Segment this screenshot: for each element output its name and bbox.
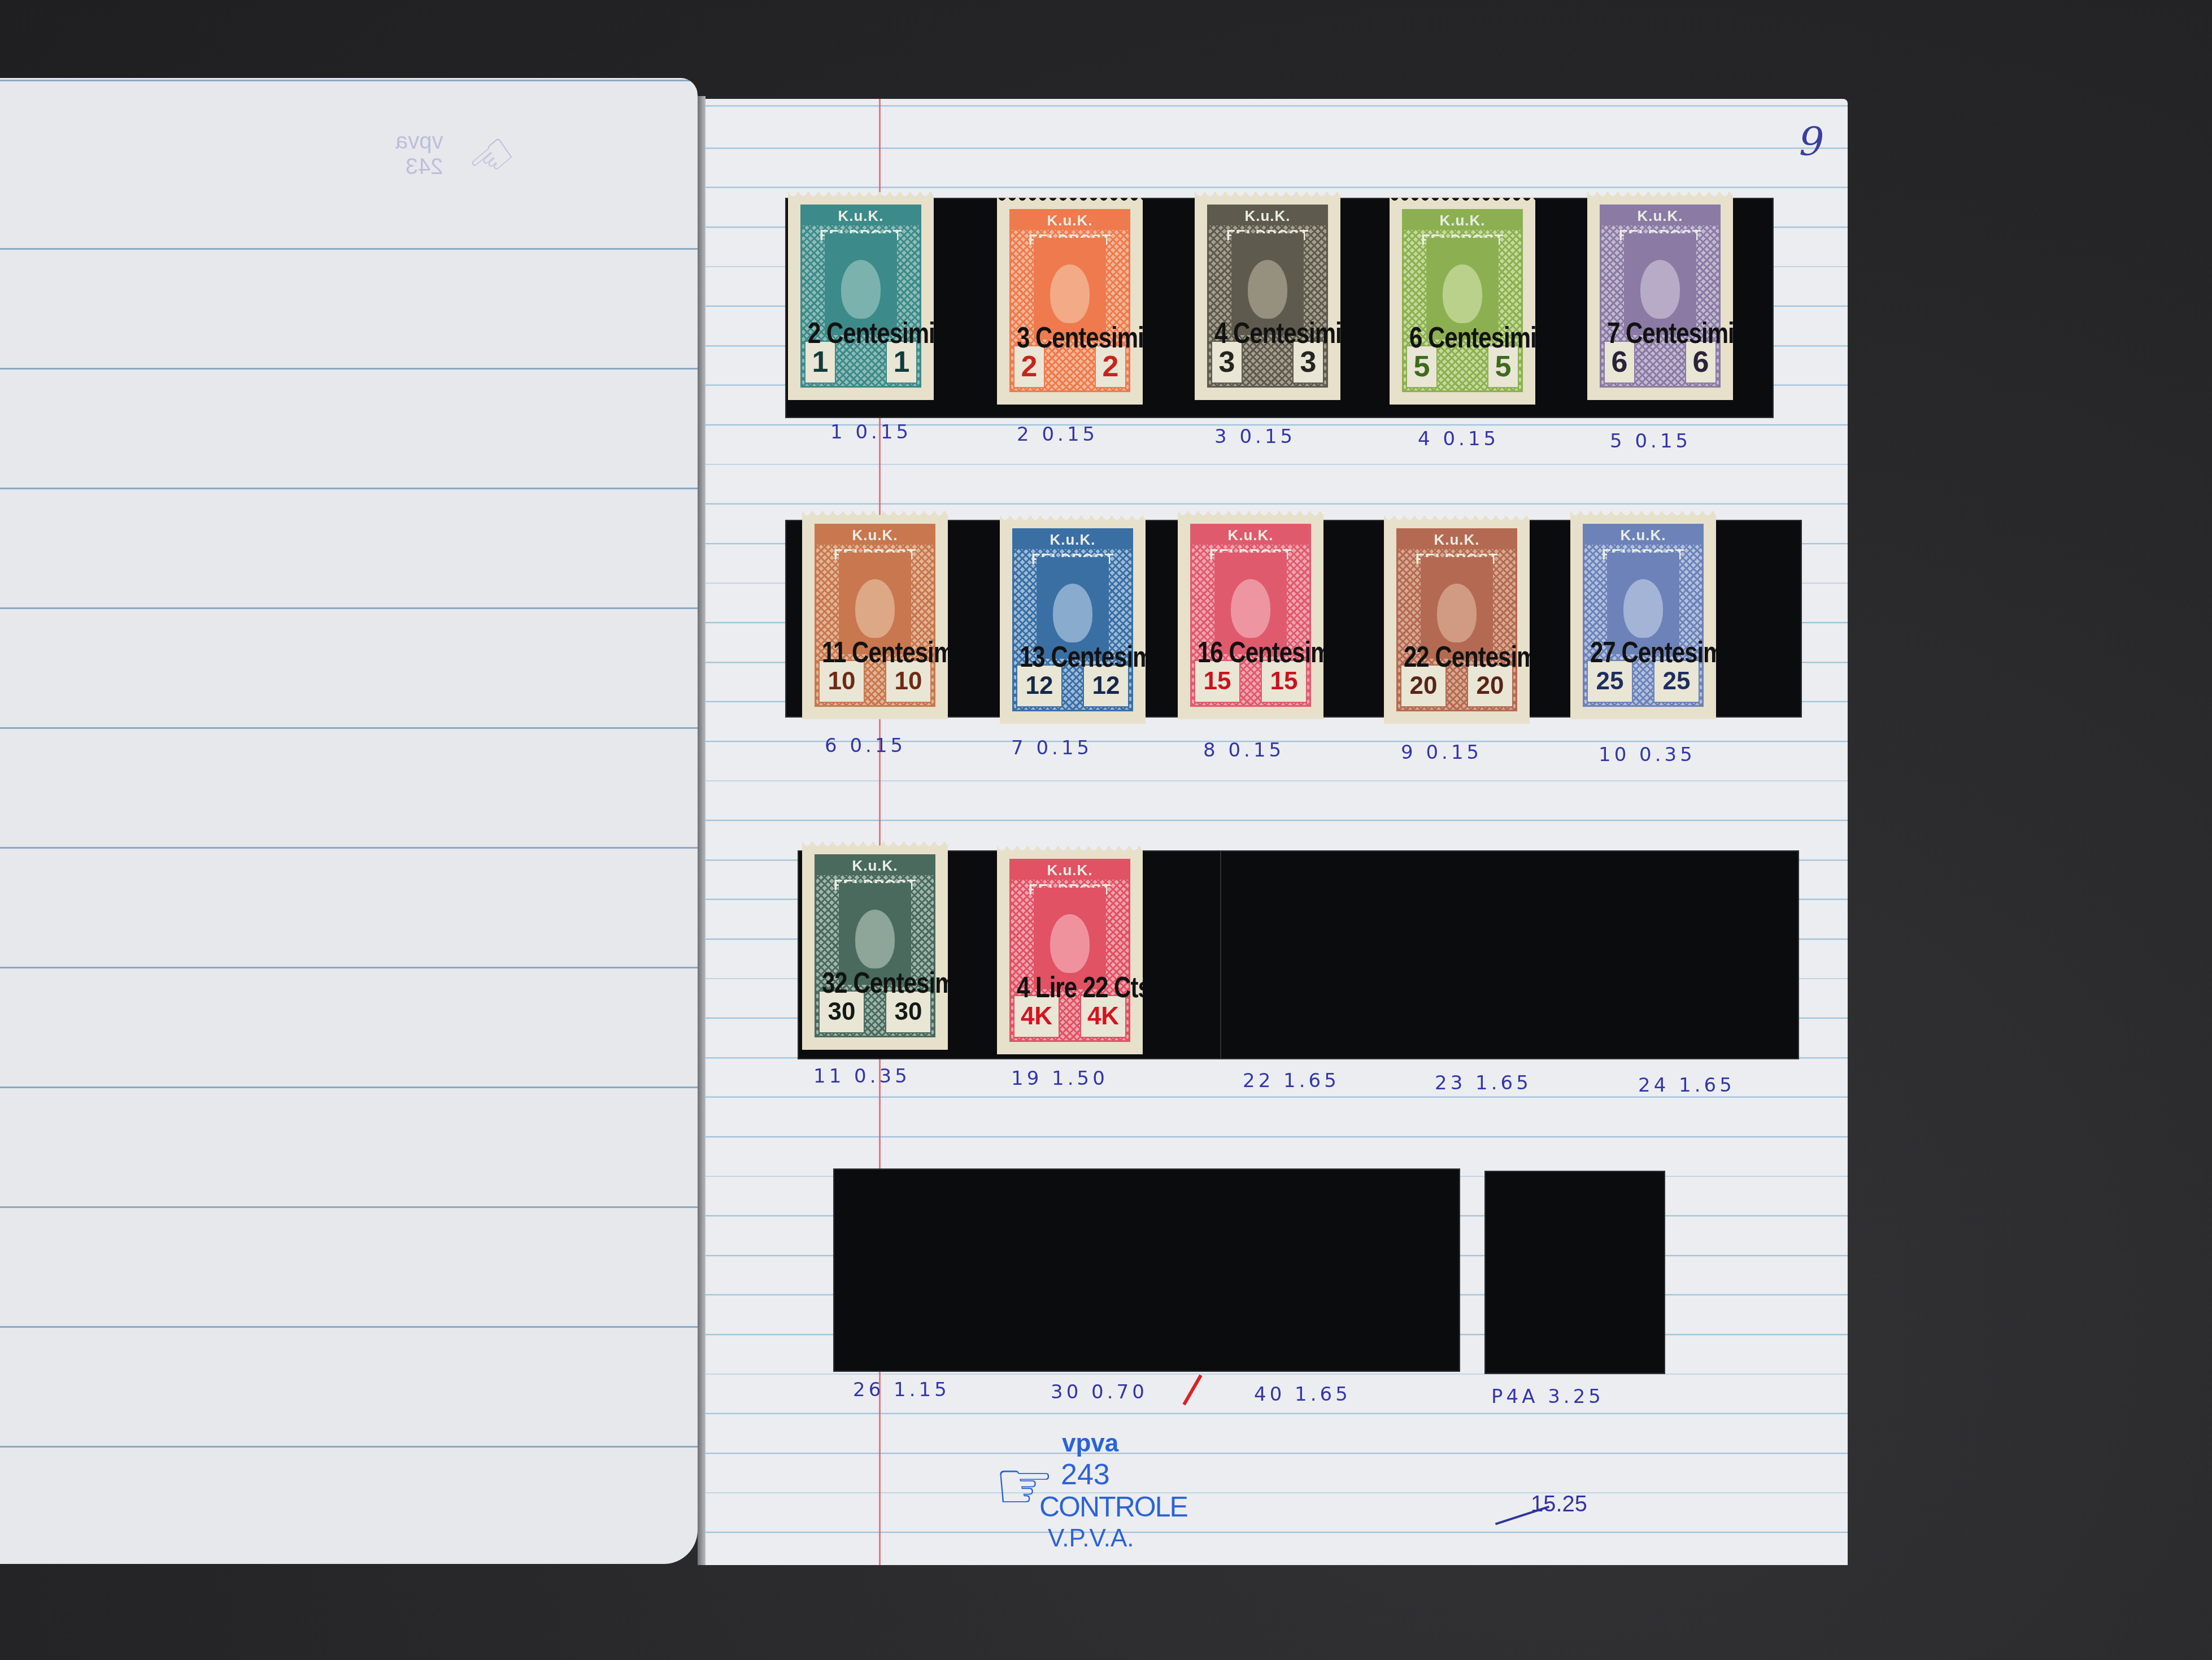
price-note: 30 0.70: [1051, 1381, 1148, 1403]
stamp-title: K.u.K. FELDPOST: [802, 206, 920, 225]
stamp-title: K.u.K. FELDPOST: [1404, 211, 1521, 230]
price-note: 11 0.35: [813, 1065, 911, 1088]
left-page: vpva243 ☜: [0, 78, 698, 1564]
stamp-overprint: 4 Centesimi: [1214, 316, 1326, 350]
stamp-overprint: 16 Centesimi: [1198, 635, 1309, 669]
price-note: 26 1.15: [853, 1379, 950, 1401]
price-note: 9 0.15: [1401, 741, 1482, 764]
stamp: K.u.K. FELDPOST252527 Centesimi: [1570, 511, 1716, 719]
price-note: 10 0.35: [1599, 744, 1696, 766]
stamp-title: K.u.K. FELDPOST: [1192, 525, 1309, 545]
price-note: 23 1.65: [1435, 1072, 1532, 1094]
cachet-line4: V.P.V.A.: [1048, 1524, 1134, 1553]
stamp-title: K.u.K. FELDPOST: [1011, 211, 1129, 230]
stamp: K.u.K. FELDPOST101011 Centesimi: [802, 511, 948, 719]
stamp: K.u.K. FELDPOST556 Centesimi: [1390, 197, 1535, 405]
price-note: 8 0.15: [1203, 739, 1284, 762]
stamp-title: K.u.K. FELDPOST: [1014, 530, 1131, 549]
cachet-line2: 243: [1061, 1458, 1110, 1492]
stamp: K.u.K. FELDPOST4K4K4 Lire 22 Cts: [997, 846, 1143, 1054]
stamp-title: K.u.K. FELDPOST: [816, 856, 934, 875]
stamp-overprint: 3 Centesimi: [1017, 320, 1129, 354]
price-note: 24 1.65: [1638, 1074, 1735, 1097]
stamp-overprint: 22 Centesimi: [1404, 640, 1516, 673]
stamp: K.u.K. FELDPOST334 Centesimi: [1195, 192, 1340, 400]
stamp-title: K.u.K. FELDPOST: [1601, 206, 1719, 225]
stamp: K.u.K. FELDPOST151516 Centesimi: [1178, 511, 1323, 719]
price-note: 5 0.15: [1610, 430, 1691, 453]
cachet-line3: CONTROLE: [1039, 1490, 1187, 1523]
cachet-line1: vpva: [1062, 1429, 1118, 1458]
empty-mount-row3: [1220, 850, 1799, 1059]
stamp-overprint: 32 Centesimi: [822, 966, 934, 1000]
stamp: K.u.K. FELDPOST223 Centesimi: [997, 197, 1143, 405]
stamp-overprint: 27 Centesimi: [1590, 635, 1702, 669]
stamp: K.u.K. FELDPOST202022 Centesimi: [1384, 516, 1530, 724]
book-spine: [698, 96, 706, 1565]
price-note: P4A 3.25: [1491, 1385, 1604, 1408]
page-total: 15.25: [1497, 1492, 1587, 1517]
stamp-overprint: 13 Centesimi: [1020, 640, 1131, 673]
stamp-title: K.u.K. FELDPOST: [1209, 206, 1326, 225]
stamp-title: K.u.K. FELDPOST: [1011, 861, 1129, 880]
empty-mount-row4b: [1484, 1171, 1665, 1374]
ghost-pointing-hand-icon: ☜: [455, 121, 528, 195]
stamp: K.u.K. FELDPOST121213 Centesimi: [1000, 516, 1146, 724]
stamp-title: K.u.K. FELDPOST: [1398, 530, 1516, 549]
stamp: K.u.K. FELDPOST112 Centesimi: [788, 192, 934, 400]
price-note: 19 1.50: [1011, 1067, 1108, 1090]
price-note: 40 1.65: [1254, 1383, 1351, 1406]
stamp-overprint: 11 Centesimi: [822, 635, 934, 669]
page-number: 9: [1799, 119, 1825, 165]
stamp-overprint: 7 Centesimi: [1607, 316, 1719, 350]
price-note: 4 0.15: [1418, 428, 1499, 450]
price-note: 6 0.15: [825, 735, 906, 757]
stamp: K.u.K. FELDPOST303032 Centesimi: [802, 842, 948, 1050]
stamp-title: K.u.K. FELDPOST: [816, 525, 934, 545]
empty-mount-row4a: [833, 1168, 1460, 1372]
price-note: 3 0.15: [1214, 425, 1296, 448]
stamp-overprint: 2 Centesimi: [808, 316, 920, 350]
price-note: 22 1.65: [1243, 1070, 1340, 1092]
price-note: 1 0.15: [830, 421, 912, 444]
stamp-overprint: 6 Centesimi: [1409, 320, 1521, 354]
price-note: 2 0.15: [1017, 423, 1098, 446]
stamp-title: K.u.K. FELDPOST: [1584, 525, 1702, 545]
stamp-overprint: 4 Lire 22 Cts: [1017, 970, 1129, 1004]
ghost-cachet-text: vpva243: [395, 129, 443, 180]
stamp: K.u.K. FELDPOST667 Centesimi: [1587, 192, 1733, 400]
price-note: 7 0.15: [1011, 737, 1092, 759]
